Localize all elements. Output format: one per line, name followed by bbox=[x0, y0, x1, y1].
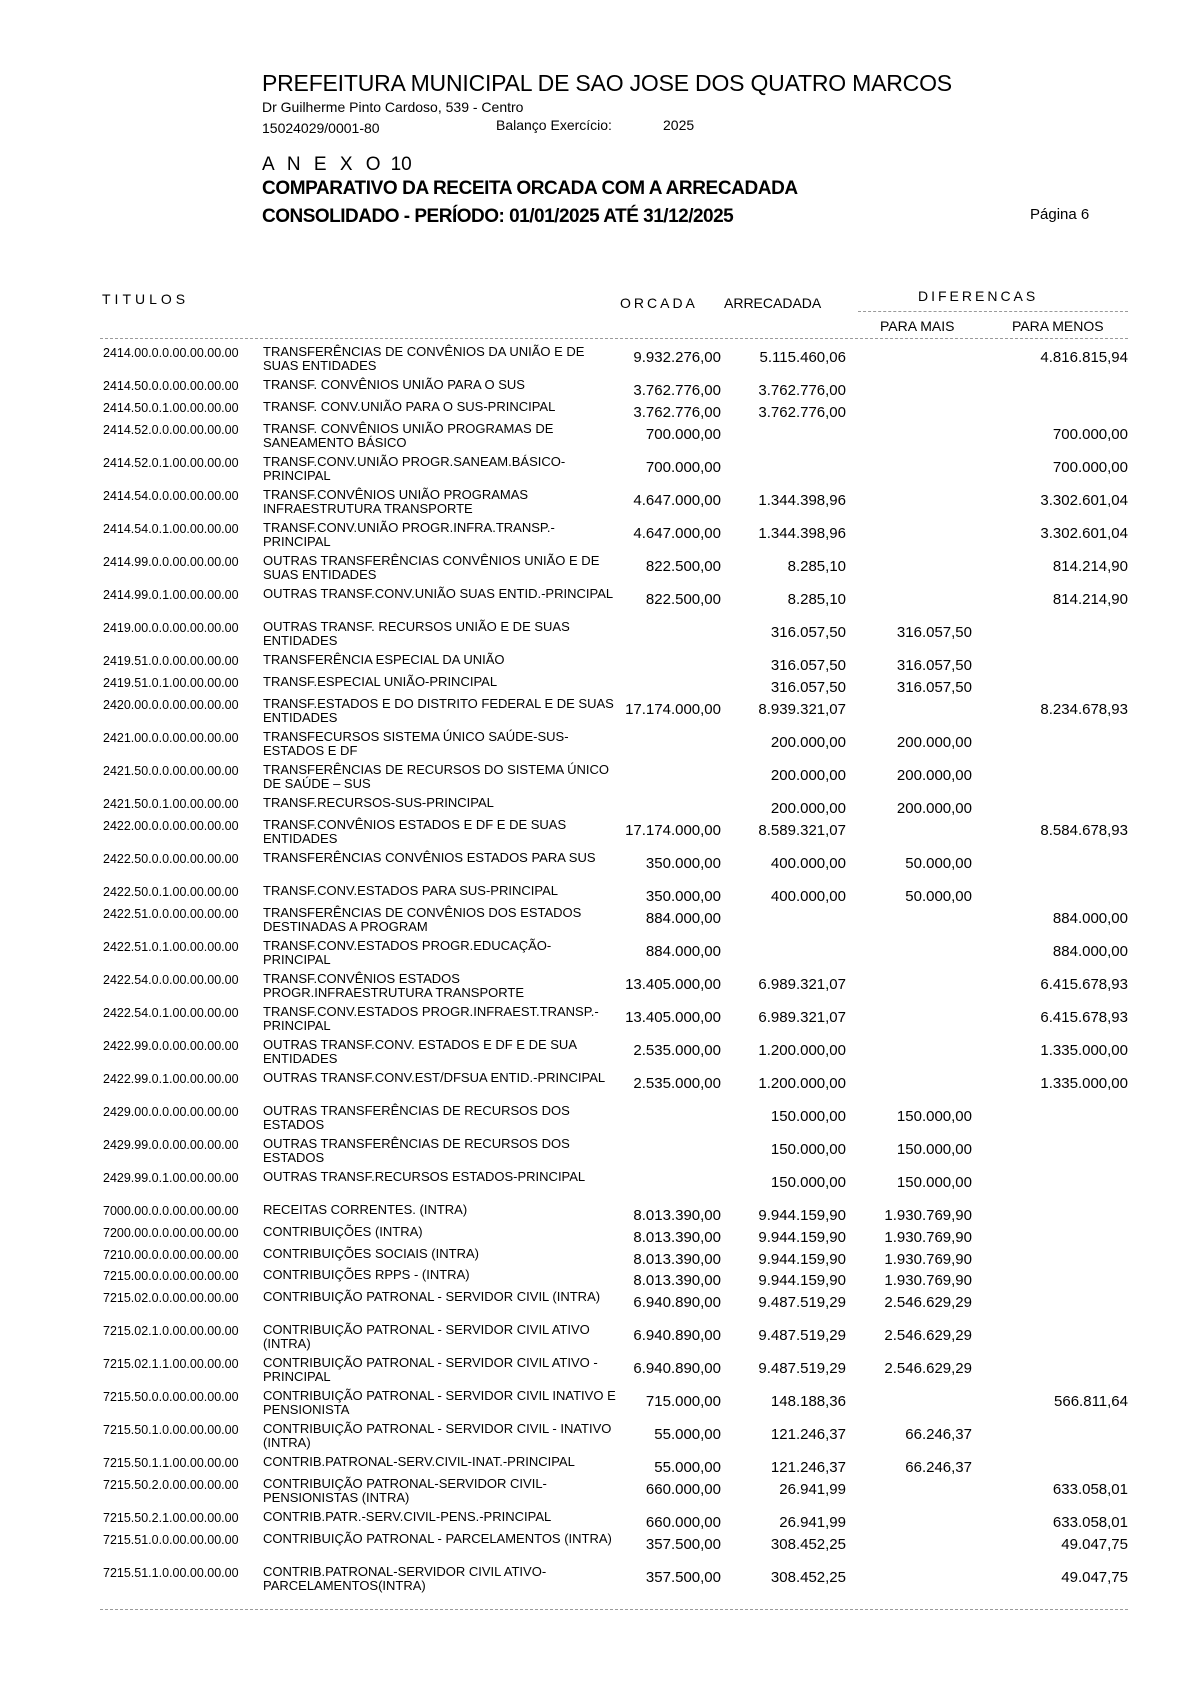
orcada-value: 8.013.390,00 bbox=[633, 1274, 721, 1288]
account-description: OUTRAS TRANSF.CONV. ESTADOS E DF E DE SU… bbox=[263, 1038, 618, 1065]
arrecadada-value: 150.000,00 bbox=[771, 1110, 846, 1124]
arrecadada-value: 3.762.776,00 bbox=[758, 406, 846, 420]
arrecadada-value: 1.344.398,96 bbox=[758, 494, 846, 508]
account-description: CONTRIB.PATRONAL-SERVIDOR CIVIL ATIVO-PA… bbox=[263, 1565, 618, 1592]
arrecadada-value: 9.487.519,29 bbox=[758, 1296, 846, 1310]
para-mais-value: 50.000,00 bbox=[905, 890, 972, 904]
account-description: OUTRAS TRANSF.CONV.EST/DFSUA ENTID.-PRIN… bbox=[263, 1071, 618, 1085]
divider-footer bbox=[100, 1609, 1128, 1610]
arrecadada-value: 9.944.159,90 bbox=[758, 1231, 846, 1245]
account-code: 7215.51.0.0.00.00.00.00 bbox=[103, 1533, 251, 1547]
arrecadada-value: 308.452,25 bbox=[771, 1571, 846, 1585]
account-description: TRANSFECURSOS SISTEMA ÚNICO SAÚDE-SUS-ES… bbox=[263, 730, 618, 757]
account-description: CONTRIBUIÇÃO PATRONAL - PARCELAMENTOS (I… bbox=[263, 1532, 618, 1546]
account-code: 2422.51.0.1.00.00.00.00 bbox=[103, 940, 251, 954]
account-description: TRANSF.CONV.UNIÃO PROGR.SANEAM.BÁSICO-PR… bbox=[263, 455, 618, 482]
para-mais-value: 316.057,50 bbox=[897, 626, 972, 640]
annex-label: A N E X O bbox=[262, 154, 385, 175]
arrecadada-value: 8.285,10 bbox=[788, 560, 846, 574]
account-description: TRANSF.RECURSOS-SUS-PRINCIPAL bbox=[263, 796, 618, 810]
orcada-value: 55.000,00 bbox=[654, 1428, 721, 1442]
arrecadada-value: 200.000,00 bbox=[771, 802, 846, 816]
orcada-value: 3.762.776,00 bbox=[633, 384, 721, 398]
orcada-value: 8.013.390,00 bbox=[633, 1231, 721, 1245]
orcada-value: 17.174.000,00 bbox=[625, 824, 721, 838]
account-description: TRANSF.ESPECIAL UNIÃO-PRINCIPAL bbox=[263, 675, 618, 689]
account-code: 7000.00.0.0.00.00.00.00 bbox=[103, 1204, 251, 1218]
account-description: TRANSFERÊNCIA ESPECIAL DA UNIÃO bbox=[263, 653, 618, 667]
report-title: COMPARATIVO DA RECEITA ORCADA COM A ARRE… bbox=[262, 178, 798, 200]
arrecadada-value: 1.200.000,00 bbox=[758, 1077, 846, 1091]
account-code: 2414.50.0.0.00.00.00.00 bbox=[103, 379, 251, 393]
column-header-para-menos: PARA MENOS bbox=[1012, 318, 1104, 334]
account-code: 7215.50.2.1.00.00.00.00 bbox=[103, 1511, 251, 1525]
para-menos-value: 814.214,90 bbox=[1053, 560, 1128, 574]
account-description: CONTRIB.PATR.-SERV.CIVIL-PENS.-PRINCIPAL bbox=[263, 1510, 618, 1524]
para-mais-value: 1.930.769,90 bbox=[884, 1209, 972, 1223]
account-description: TRANSF. CONVÊNIOS UNIÃO PARA O SUS bbox=[263, 378, 618, 392]
arrecadada-value: 400.000,00 bbox=[771, 857, 846, 871]
orcada-value: 2.535.000,00 bbox=[633, 1044, 721, 1058]
account-description: TRANSF.CONV.UNIÃO PROGR.INFRA.TRANSP.-PR… bbox=[263, 521, 618, 548]
account-code: 7200.00.0.0.00.00.00.00 bbox=[103, 1226, 251, 1240]
para-menos-value: 700.000,00 bbox=[1053, 461, 1128, 475]
para-menos-value: 700.000,00 bbox=[1053, 428, 1128, 442]
para-mais-value: 200.000,00 bbox=[897, 769, 972, 783]
arrecadada-value: 200.000,00 bbox=[771, 736, 846, 750]
orcada-value: 8.013.390,00 bbox=[633, 1209, 721, 1223]
orcada-value: 55.000,00 bbox=[654, 1461, 721, 1475]
account-description: CONTRIBUIÇÕES (INTRA) bbox=[263, 1225, 618, 1239]
account-code: 7210.00.0.0.00.00.00.00 bbox=[103, 1248, 251, 1262]
column-header-titulos: TITULOS bbox=[102, 291, 189, 307]
account-code: 2422.51.0.0.00.00.00.00 bbox=[103, 907, 251, 921]
arrecadada-value: 200.000,00 bbox=[771, 769, 846, 783]
account-description: RECEITAS CORRENTES. (INTRA) bbox=[263, 1203, 618, 1217]
account-code: 2420.00.0.0.00.00.00.00 bbox=[103, 698, 251, 712]
orcada-value: 6.940.890,00 bbox=[633, 1296, 721, 1310]
orcada-value: 660.000,00 bbox=[646, 1483, 721, 1497]
account-code: 7215.50.1.0.00.00.00.00 bbox=[103, 1423, 251, 1437]
account-code: 2421.00.0.0.00.00.00.00 bbox=[103, 731, 251, 745]
arrecadada-value: 9.944.159,90 bbox=[758, 1209, 846, 1223]
account-description: TRANSF.CONVÊNIOS UNIÃO PROGRAMAS INFRAES… bbox=[263, 488, 618, 515]
arrecadada-value: 8.939.321,07 bbox=[758, 703, 846, 717]
para-menos-value: 1.335.000,00 bbox=[1040, 1077, 1128, 1091]
exercise-year: 2025 bbox=[663, 117, 694, 133]
para-menos-value: 566.811,64 bbox=[1054, 1395, 1128, 1409]
para-mais-value: 2.546.629,29 bbox=[884, 1362, 972, 1376]
orcada-value: 884.000,00 bbox=[646, 945, 721, 959]
account-description: TRANSF.CONV.ESTADOS PROGR.INFRAEST.TRANS… bbox=[263, 1005, 618, 1032]
arrecadada-value: 308.452,25 bbox=[771, 1538, 846, 1552]
account-description: TRANSF.CONVÊNIOS ESTADOS E DF E DE SUAS … bbox=[263, 818, 618, 845]
arrecadada-value: 8.285,10 bbox=[788, 593, 846, 607]
orcada-value: 9.932.276,00 bbox=[633, 351, 721, 365]
annex-heading: A N E X O10 bbox=[262, 154, 412, 176]
account-code: 7215.50.1.1.00.00.00.00 bbox=[103, 1456, 251, 1470]
para-mais-value: 66.246,37 bbox=[905, 1461, 972, 1475]
arrecadada-value: 3.762.776,00 bbox=[758, 384, 846, 398]
orcada-value: 2.535.000,00 bbox=[633, 1077, 721, 1091]
orcada-value: 700.000,00 bbox=[646, 428, 721, 442]
para-mais-value: 150.000,00 bbox=[897, 1176, 972, 1190]
arrecadada-value: 148.188,36 bbox=[771, 1395, 846, 1409]
orcada-value: 660.000,00 bbox=[646, 1516, 721, 1530]
para-mais-value: 1.930.769,90 bbox=[884, 1253, 972, 1267]
orcada-value: 4.647.000,00 bbox=[633, 527, 721, 541]
para-mais-value: 66.246,37 bbox=[905, 1428, 972, 1442]
account-description: CONTRIBUIÇÃO PATRONAL - SERVIDOR CIVIL I… bbox=[263, 1389, 618, 1416]
account-code: 2414.54.0.1.00.00.00.00 bbox=[103, 522, 251, 536]
account-description: CONTRIBUIÇÃO PATRONAL - SERVIDOR CIVIL A… bbox=[263, 1323, 618, 1350]
divider-diferencas bbox=[858, 311, 1128, 312]
arrecadada-value: 26.941,99 bbox=[779, 1483, 846, 1497]
account-description: CONTRIBUIÇÃO PATRONAL - SERVIDOR CIVIL -… bbox=[263, 1422, 618, 1449]
account-description: CONTRIB.PATRONAL-SERV.CIVIL-INAT.-PRINCI… bbox=[263, 1455, 618, 1469]
account-code: 2414.99.0.0.00.00.00.00 bbox=[103, 555, 251, 569]
para-menos-value: 884.000,00 bbox=[1053, 945, 1128, 959]
para-menos-value: 1.335.000,00 bbox=[1040, 1044, 1128, 1058]
para-menos-value: 814.214,90 bbox=[1053, 593, 1128, 607]
account-code: 7215.02.1.0.00.00.00.00 bbox=[103, 1324, 251, 1338]
account-description: TRANSFERÊNCIAS CONVÊNIOS ESTADOS PARA SU… bbox=[263, 851, 618, 865]
account-code: 2421.50.0.1.00.00.00.00 bbox=[103, 797, 251, 811]
page-number: Página 6 bbox=[1030, 206, 1089, 223]
arrecadada-value: 1.344.398,96 bbox=[758, 527, 846, 541]
orcada-value: 3.762.776,00 bbox=[633, 406, 721, 420]
arrecadada-value: 150.000,00 bbox=[771, 1176, 846, 1190]
annex-number: 10 bbox=[391, 154, 412, 175]
column-header-para-mais: PARA MAIS bbox=[880, 318, 954, 334]
account-code: 7215.51.1.0.00.00.00.00 bbox=[103, 1566, 251, 1580]
para-menos-value: 633.058,01 bbox=[1053, 1483, 1128, 1497]
account-description: TRANSFERÊNCIAS DE CONVÊNIOS DOS ESTADOS … bbox=[263, 906, 618, 933]
arrecadada-value: 9.944.159,90 bbox=[758, 1253, 846, 1267]
account-description: CONTRIBUIÇÃO PATRONAL - SERVIDOR CIVIL (… bbox=[263, 1290, 618, 1304]
municipality-title: PREFEITURA MUNICIPAL DE SAO JOSE DOS QUA… bbox=[262, 70, 952, 97]
account-code: 2422.54.0.1.00.00.00.00 bbox=[103, 1006, 251, 1020]
cnpj: 15024029/0001-80 bbox=[262, 120, 380, 136]
account-description: OUTRAS TRANSFERÊNCIAS CONVÊNIOS UNIÃO E … bbox=[263, 554, 618, 581]
report-period: CONSOLIDADO - PERÍODO: 01/01/2025 ATÉ 31… bbox=[262, 206, 733, 228]
account-description: OUTRAS TRANSF. RECURSOS UNIÃO E DE SUAS … bbox=[263, 620, 618, 647]
arrecadada-value: 1.200.000,00 bbox=[758, 1044, 846, 1058]
orcada-value: 357.500,00 bbox=[646, 1538, 721, 1552]
arrecadada-value: 316.057,50 bbox=[771, 681, 846, 695]
account-code: 2422.99.0.1.00.00.00.00 bbox=[103, 1072, 251, 1086]
account-description: OUTRAS TRANSF.RECURSOS ESTADOS-PRINCIPAL bbox=[263, 1170, 618, 1184]
para-menos-value: 49.047,75 bbox=[1061, 1538, 1128, 1552]
account-code: 2414.00.0.0.00.00.00.00 bbox=[103, 346, 251, 360]
account-code: 2429.00.0.0.00.00.00.00 bbox=[103, 1105, 251, 1119]
orcada-value: 700.000,00 bbox=[646, 461, 721, 475]
account-description: CONTRIBUIÇÕES SOCIAIS (INTRA) bbox=[263, 1247, 618, 1261]
orcada-value: 8.013.390,00 bbox=[633, 1253, 721, 1267]
account-code: 2429.99.0.1.00.00.00.00 bbox=[103, 1171, 251, 1185]
account-code: 2422.50.0.0.00.00.00.00 bbox=[103, 852, 251, 866]
arrecadada-value: 316.057,50 bbox=[771, 659, 846, 673]
arrecadada-value: 400.000,00 bbox=[771, 890, 846, 904]
account-code: 2414.52.0.0.00.00.00.00 bbox=[103, 423, 251, 437]
account-description: OUTRAS TRANSFERÊNCIAS DE RECURSOS DOS ES… bbox=[263, 1104, 618, 1131]
account-description: TRANSF.ESTADOS E DO DISTRITO FEDERAL E D… bbox=[263, 697, 618, 724]
para-menos-value: 884.000,00 bbox=[1053, 912, 1128, 926]
orcada-value: 13.405.000,00 bbox=[625, 978, 721, 992]
orcada-value: 4.647.000,00 bbox=[633, 494, 721, 508]
column-header-orcada: ORCADA bbox=[620, 295, 698, 311]
orcada-value: 822.500,00 bbox=[646, 560, 721, 574]
arrecadada-value: 5.115.460,06 bbox=[760, 351, 846, 365]
arrecadada-value: 6.989.321,07 bbox=[758, 1011, 846, 1025]
orcada-value: 6.940.890,00 bbox=[633, 1329, 721, 1343]
para-menos-value: 6.415.678,93 bbox=[1040, 1011, 1128, 1025]
account-description: OUTRAS TRANSF.CONV.UNIÃO SUAS ENTID.-PRI… bbox=[263, 587, 618, 601]
account-code: 2419.00.0.0.00.00.00.00 bbox=[103, 621, 251, 635]
account-code: 2422.00.0.0.00.00.00.00 bbox=[103, 819, 251, 833]
account-code: 2414.52.0.1.00.00.00.00 bbox=[103, 456, 251, 470]
orcada-value: 350.000,00 bbox=[646, 857, 721, 871]
orcada-value: 357.500,00 bbox=[646, 1571, 721, 1585]
para-mais-value: 2.546.629,29 bbox=[884, 1329, 972, 1343]
para-mais-value: 150.000,00 bbox=[897, 1110, 972, 1124]
para-menos-value: 3.302.601,04 bbox=[1040, 494, 1128, 508]
arrecadada-value: 9.944.159,90 bbox=[758, 1274, 846, 1288]
orcada-value: 884.000,00 bbox=[646, 912, 721, 926]
account-description: TRANSF.CONVÊNIOS ESTADOS PROGR.INFRAESTR… bbox=[263, 972, 618, 999]
arrecadada-value: 8.589.321,07 bbox=[758, 824, 846, 838]
para-menos-value: 49.047,75 bbox=[1061, 1571, 1128, 1585]
account-description: TRANSFERÊNCIAS DE RECURSOS DO SISTEMA ÚN… bbox=[263, 763, 618, 790]
para-menos-value: 4.816.815,94 bbox=[1040, 351, 1128, 365]
account-code: 7215.50.2.0.00.00.00.00 bbox=[103, 1478, 251, 1492]
account-description: OUTRAS TRANSFERÊNCIAS DE RECURSOS DOS ES… bbox=[263, 1137, 618, 1164]
account-code: 2414.99.0.1.00.00.00.00 bbox=[103, 588, 251, 602]
orcada-value: 6.940.890,00 bbox=[633, 1362, 721, 1376]
account-code: 7215.02.0.0.00.00.00.00 bbox=[103, 1291, 251, 1305]
account-code: 7215.00.0.0.00.00.00.00 bbox=[103, 1269, 251, 1283]
account-description: CONTRIBUIÇÃO PATRONAL - SERVIDOR CIVIL A… bbox=[263, 1356, 618, 1383]
para-menos-value: 6.415.678,93 bbox=[1040, 978, 1128, 992]
account-code: 2422.50.0.1.00.00.00.00 bbox=[103, 885, 251, 899]
account-code: 7215.02.1.1.00.00.00.00 bbox=[103, 1357, 251, 1371]
exercise-label: Balanço Exercício: bbox=[496, 117, 612, 133]
arrecadada-value: 9.487.519,29 bbox=[758, 1329, 846, 1343]
orcada-value: 350.000,00 bbox=[646, 890, 721, 904]
arrecadada-value: 316.057,50 bbox=[771, 626, 846, 640]
para-mais-value: 2.546.629,29 bbox=[884, 1296, 972, 1310]
account-code: 2414.54.0.0.00.00.00.00 bbox=[103, 489, 251, 503]
arrecadada-value: 121.246,37 bbox=[771, 1461, 846, 1475]
para-mais-value: 200.000,00 bbox=[897, 802, 972, 816]
account-description: TRANSF.CONV.ESTADOS PARA SUS-PRINCIPAL bbox=[263, 884, 618, 898]
account-code: 2422.54.0.0.00.00.00.00 bbox=[103, 973, 251, 987]
column-header-diferencas: DIFERENCAS bbox=[918, 288, 1038, 304]
account-code: 2414.50.0.1.00.00.00.00 bbox=[103, 401, 251, 415]
address: Dr Guilherme Pinto Cardoso, 539 - Centro bbox=[262, 99, 523, 115]
column-header-arrecadada: ARRECADADA bbox=[724, 295, 821, 311]
para-menos-value: 633.058,01 bbox=[1053, 1516, 1128, 1530]
para-menos-value: 8.234.678,93 bbox=[1040, 703, 1128, 717]
para-mais-value: 1.930.769,90 bbox=[884, 1231, 972, 1245]
orcada-value: 13.405.000,00 bbox=[625, 1011, 721, 1025]
account-description: TRANSF. CONV.UNIÃO PARA O SUS-PRINCIPAL bbox=[263, 400, 618, 414]
para-mais-value: 200.000,00 bbox=[897, 736, 972, 750]
account-code: 2421.50.0.0.00.00.00.00 bbox=[103, 764, 251, 778]
arrecadada-value: 26.941,99 bbox=[779, 1516, 846, 1530]
account-code: 2429.99.0.0.00.00.00.00 bbox=[103, 1138, 251, 1152]
arrecadada-value: 9.487.519,29 bbox=[758, 1362, 846, 1376]
account-description: CONTRIBUIÇÕES RPPS - (INTRA) bbox=[263, 1268, 618, 1282]
account-description: TRANSF.CONV.ESTADOS PROGR.EDUCAÇÃO-PRINC… bbox=[263, 939, 618, 966]
account-description: TRANSF. CONVÊNIOS UNIÃO PROGRAMAS DE SAN… bbox=[263, 422, 618, 449]
account-code: 2419.51.0.1.00.00.00.00 bbox=[103, 676, 251, 690]
orcada-value: 17.174.000,00 bbox=[625, 703, 721, 717]
para-mais-value: 316.057,50 bbox=[897, 681, 972, 695]
account-description: TRANSFERÊNCIAS DE CONVÊNIOS DA UNIÃO E D… bbox=[263, 345, 618, 372]
arrecadada-value: 6.989.321,07 bbox=[758, 978, 846, 992]
account-code: 7215.50.0.0.00.00.00.00 bbox=[103, 1390, 251, 1404]
arrecadada-value: 150.000,00 bbox=[771, 1143, 846, 1157]
para-mais-value: 150.000,00 bbox=[897, 1143, 972, 1157]
arrecadada-value: 121.246,37 bbox=[771, 1428, 846, 1442]
orcada-value: 822.500,00 bbox=[646, 593, 721, 607]
para-menos-value: 3.302.601,04 bbox=[1040, 527, 1128, 541]
account-code: 2422.99.0.0.00.00.00.00 bbox=[103, 1039, 251, 1053]
account-description: CONTRIBUIÇÃO PATRONAL-SERVIDOR CIVIL-PEN… bbox=[263, 1477, 618, 1504]
orcada-value: 715.000,00 bbox=[646, 1395, 721, 1409]
para-mais-value: 1.930.769,90 bbox=[884, 1274, 972, 1288]
para-mais-value: 316.057,50 bbox=[897, 659, 972, 673]
para-mais-value: 50.000,00 bbox=[905, 857, 972, 871]
para-menos-value: 8.584.678,93 bbox=[1040, 824, 1128, 838]
divider-header bbox=[100, 338, 1128, 339]
account-code: 2419.51.0.0.00.00.00.00 bbox=[103, 654, 251, 668]
